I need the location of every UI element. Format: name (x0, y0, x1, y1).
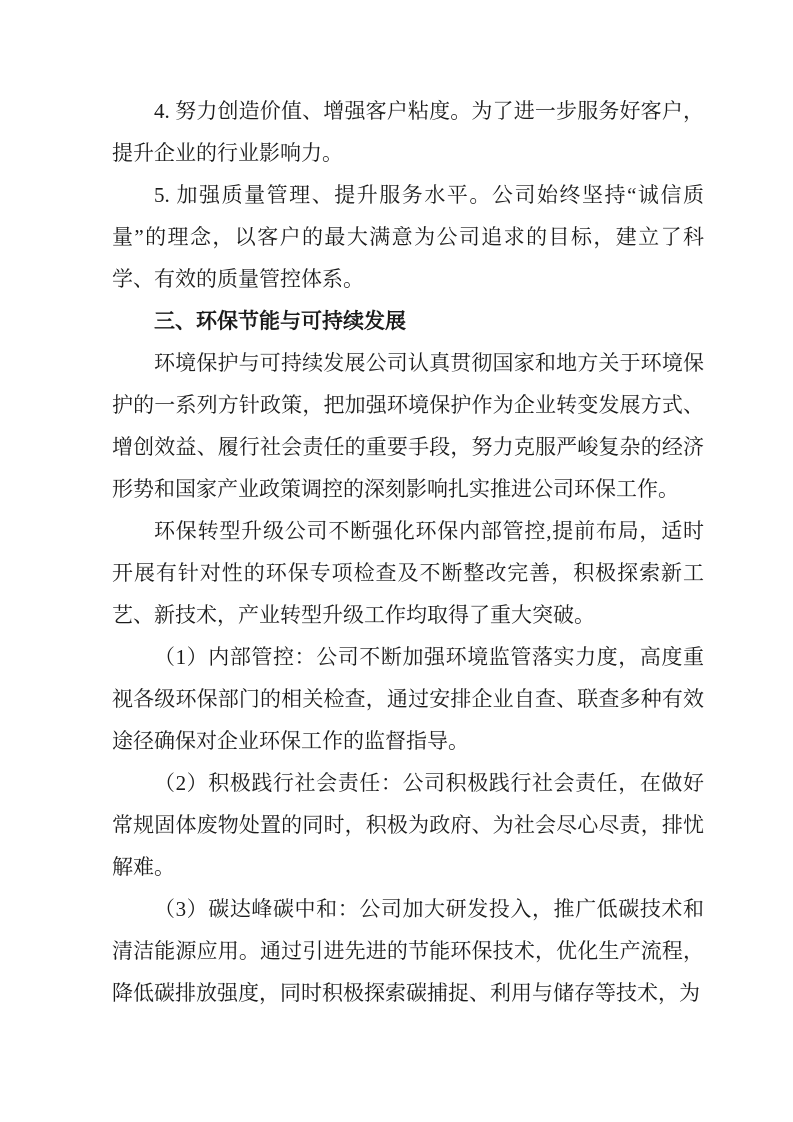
paragraph: （3）碳达峰碳中和：公司加大研发投入，推广低碳技术和清洁能源应用。通过引进先进的… (112, 888, 704, 1014)
paragraph: 环保转型升级公司不断强化环保内部管控,提前布局，适时开展有针对性的环保专项检查及… (112, 510, 704, 636)
paragraph: （2）积极践行社会责任：公司积极践行社会责任，在做好常规固体废物处置的同时，积极… (112, 762, 704, 888)
paragraph: （1）内部管控：公司不断加强环境监管落实力度，高度重视各级环保部门的相关检查，通… (112, 636, 704, 762)
paragraph: 环境保护与可持续发展公司认真贯彻国家和地方关于环境保护的一系列方针政策，把加强环… (112, 342, 704, 510)
paragraph: 5. 加强质量管理、提升服务水平。公司始终坚持“诚信质量”的理念，以客户的最大满… (112, 174, 704, 300)
document-viewport: { "page": { "background_color": "#ffffff… (0, 0, 793, 1122)
document-page: 4. 努力创造价值、增强客户粘度。为了进一步服务好客户，提升企业的行业影响力。5… (0, 0, 793, 1122)
paragraph: 4. 努力创造价值、增强客户粘度。为了进一步服务好客户，提升企业的行业影响力。 (112, 90, 704, 174)
document-content: 4. 努力创造价值、增强客户粘度。为了进一步服务好客户，提升企业的行业影响力。5… (112, 90, 704, 1014)
section-heading: 三、环保节能与可持续发展 (112, 300, 704, 342)
